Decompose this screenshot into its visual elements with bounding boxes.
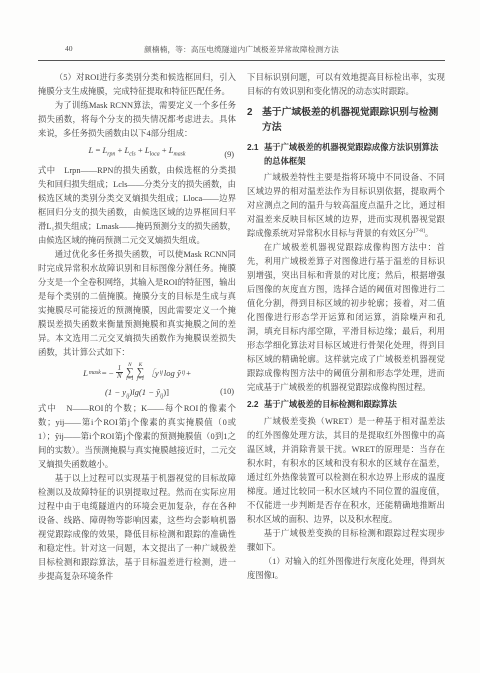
paragraph-continuation: 下目标识别问题，可以有效地提高目标检出率，实现目标的有效识别和变化情况的动态实时… — [247, 71, 445, 99]
left-column: （5）对ROI进行多类别分类和候选框回归，引入掩膜分支生成掩膜，完成特征提取和特… — [38, 71, 236, 584]
paragraph-wret-principle: 广域极差变换（WRET）是一种基于相对温差法的红外图像处理方法，其目的是提取红外… — [247, 415, 445, 527]
fraction-1-over-N: 1N — [116, 365, 124, 381]
paragraph-step-1: （1）对输入的红外图像进行灰度化处理，得到灰度图像I。 — [247, 555, 445, 583]
sum-over-j: K∑j=1 — [137, 363, 145, 382]
running-title: 颜楠楠，等：高压电缆隧道内广域极差异常故障检测方法 — [38, 44, 445, 55]
text-columns: （5）对ROI进行多类别分类和候选框回归，引入掩膜分支生成掩膜，完成特征提取和特… — [38, 71, 445, 584]
section-title: 基于广域极差的机器视觉跟踪识别与检测方法 — [262, 106, 445, 135]
sum-over-i: N∑i=1 — [126, 363, 134, 382]
paragraph-imaging-composition: 在广域极差机器视觉跟踪成像构图方法中：首先，利用广域极差算子对图像进行基于温差的… — [247, 241, 445, 395]
paper-page: 40 颜楠楠，等：高压电缆隧道内广域极差异常故障检测方法 （5）对ROI进行多类… — [0, 0, 480, 673]
equation-number-10: (10) — [220, 384, 234, 400]
subsection-number: 2.1 — [247, 141, 264, 168]
paragraph-mask-rcnn-training: 为了训练Mask RCNN算法，需要定义一个多任务损失函数，将每个分支的损失情况… — [38, 99, 236, 141]
paragraph-wide-range-feature: 广域极差特性主要是指将环境中不同设备、不同区域边界的相对温差法作为目标识别依据，… — [247, 171, 445, 241]
page-header: 40 颜楠楠，等：高压电缆隧道内广域极差异常故障检测方法 — [38, 44, 445, 56]
equation-9: L = Lrpn + Lcls + Lloca + Lmask (9) — [38, 143, 236, 162]
right-column: 下目标识别问题，可以有效地提高目标检出率，实现目标的有效识别和变化情况的动态实时… — [247, 71, 445, 584]
paragraph-steps-intro: 基于广域极差变换的目标检测和跟踪过程实现步骤如下。 — [247, 527, 445, 555]
paragraph-symbols-definition: 式中 N——ROI的个数；K——每个ROI的像素个数；yij——第i个ROI第j… — [38, 402, 236, 472]
subsection-heading-2-2: 2.2 基于广域极差的目标检测和跟踪算法 — [247, 398, 445, 412]
subsection-heading-2-1: 2.1 基于广域极差的机器视觉跟踪成像方法识别算法的总体框架 — [247, 141, 445, 168]
equation-number-9: (9) — [224, 148, 234, 162]
equation-10-line2: (1 − yij)lg(1 − ŷij)] (10) — [38, 384, 236, 400]
paragraph-roi-steps: （5）对ROI进行多类别分类和候选框回归，引入掩膜分支生成掩膜，完成特征提取和特… — [38, 71, 236, 99]
citation-ref: [7-8] — [414, 228, 425, 234]
equation-10-line1: Lmask = − 1N N∑i=1 K∑j=1 ［yij log ŷij + — [38, 362, 236, 384]
subsection-title: 基于广域极差的目标检测和跟踪算法 — [264, 398, 397, 412]
section-number: 2 — [247, 106, 262, 135]
paragraph-mask-branch: 通过优化多任务损失函数，可以使Mask RCNN同时完成异常积水故障识别和目标图… — [38, 248, 236, 360]
subsection-title: 基于广域极差的机器视觉跟踪成像方法识别算法的总体框架 — [264, 141, 445, 168]
paragraph-loss-terms-definition: 式中 Lrpn——RPN的损失函数，由候选框的分类损失和回归损失组成；Lcls—… — [38, 164, 236, 248]
header-rule — [38, 60, 445, 61]
paragraph-limitations: 基于以上过程可以实现基于机器视觉的目标故障检测以及故障特征的识别提取过程。然而在… — [38, 472, 236, 584]
subsection-number: 2.2 — [247, 398, 264, 412]
equation-10: Lmask = − 1N N∑i=1 K∑j=1 ［yij log ŷij + … — [38, 362, 236, 400]
section-heading-2: 2 基于广域极差的机器视觉跟踪识别与检测方法 — [247, 106, 445, 135]
